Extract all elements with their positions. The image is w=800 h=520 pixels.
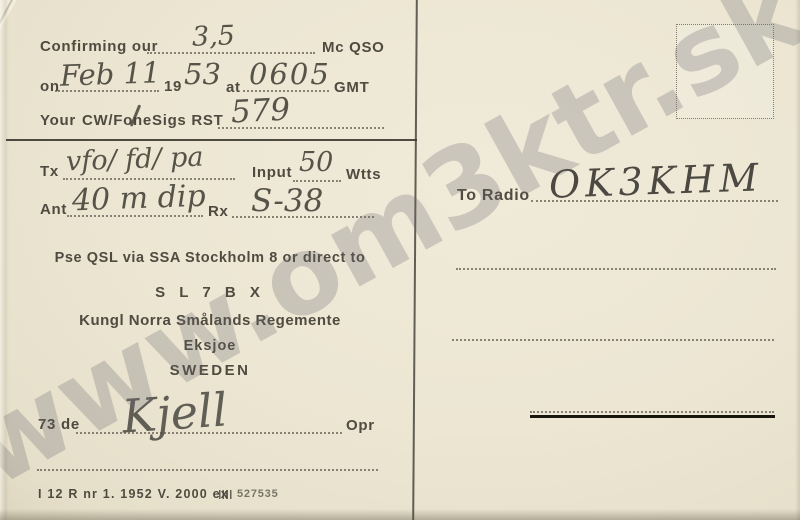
ant-fill-line	[67, 215, 203, 217]
watts-label: Wtts	[346, 167, 381, 182]
address-underline	[530, 415, 775, 418]
printer-mark-icon	[219, 490, 233, 499]
rx-label: Rx	[208, 204, 229, 219]
mode-label: CW/Fone	[82, 113, 152, 128]
qsl-card-scan: Confirming our 3,5 Mc QSO on Feb 11 19 5…	[0, 0, 800, 520]
frequency-value: 3,5	[192, 22, 236, 50]
station-callsign: S L 7 B X	[20, 284, 400, 301]
mc-qso-label: Mc QSO	[322, 40, 385, 55]
to-radio-fill-line	[531, 200, 778, 202]
card-center-divider	[412, 0, 417, 520]
confirming-label: Confirming our	[40, 39, 158, 54]
rst-value: 579	[230, 94, 291, 128]
station-address-line3: SWEDEN	[20, 362, 400, 379]
stamp-box	[676, 24, 774, 119]
signature-fill-line	[76, 432, 342, 434]
station-address-line1: Kungl Norra Smålands Regemente	[20, 312, 400, 329]
date-value: Feb 11	[60, 58, 161, 90]
frequency-fill-line	[147, 52, 315, 54]
scan-edge-right	[795, 0, 800, 520]
rst-fill-line	[218, 127, 384, 129]
address-line-2	[452, 339, 774, 341]
year-prefix: 19	[164, 79, 182, 94]
addressee-callsign: OK3KHM	[548, 158, 763, 203]
section-divider	[6, 139, 417, 141]
print-serial: 527535	[237, 489, 279, 500]
address-line-1	[456, 268, 776, 270]
station-address-line2: Eksjoe	[20, 338, 400, 354]
qsl-route-note: Pse QSL via SSA Stockholm 8 or direct to	[20, 250, 400, 266]
input-fill-line	[293, 180, 341, 182]
station-block: Pse QSL via SSA Stockholm 8 or direct to…	[20, 250, 400, 379]
seventy-three-label: 73 de	[38, 417, 80, 432]
footer-separator-line	[37, 469, 378, 471]
input-value: 50	[299, 149, 333, 176]
gmt-label: GMT	[334, 80, 369, 95]
tx-label: Tx	[40, 164, 59, 179]
ant-value: 40 m dip	[72, 182, 207, 217]
scan-edge-bottom	[0, 507, 800, 520]
time-value: 0605	[249, 60, 331, 89]
print-info: I 12 R nr 1. 1952 V. 2000 ex	[38, 488, 229, 501]
rx-value: S-38	[251, 186, 323, 217]
opr-label: Opr	[346, 418, 375, 433]
input-label: Input	[252, 165, 292, 180]
tx-value: vfo/ fd/ pa	[66, 144, 204, 176]
year-value: 53	[184, 60, 221, 89]
to-radio-label: To Radio	[457, 188, 530, 204]
sigs-rst-label: Sigs RST	[152, 113, 223, 128]
scan-edge-left	[0, 0, 9, 520]
at-label: at	[226, 80, 241, 95]
your-label: Your	[40, 113, 76, 128]
address-line-3	[530, 411, 774, 413]
rx-fill-line	[232, 216, 374, 218]
ant-label: Ant	[40, 202, 67, 217]
date-fill-line	[55, 90, 159, 92]
